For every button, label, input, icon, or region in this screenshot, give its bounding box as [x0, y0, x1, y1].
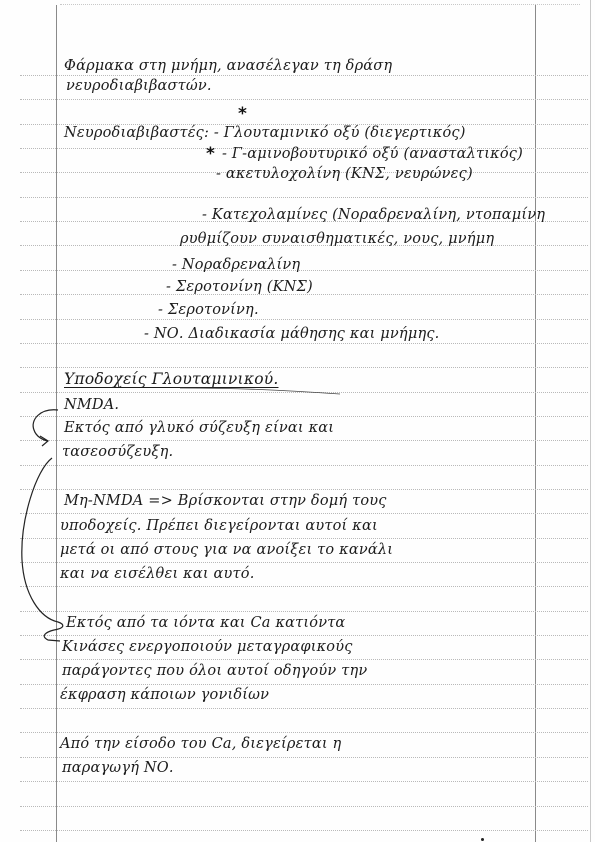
margin-bracket-arrows — [0, 0, 595, 842]
heading-underline-tail — [180, 388, 340, 394]
long-bracket-arrow-icon — [22, 458, 63, 641]
notebook-page: Φάρμακα στη μνήμη, ανασέλεγαν τη δράση ν… — [0, 0, 595, 842]
short-bracket-arrow-icon — [33, 410, 58, 441]
ink-dot — [481, 838, 484, 841]
